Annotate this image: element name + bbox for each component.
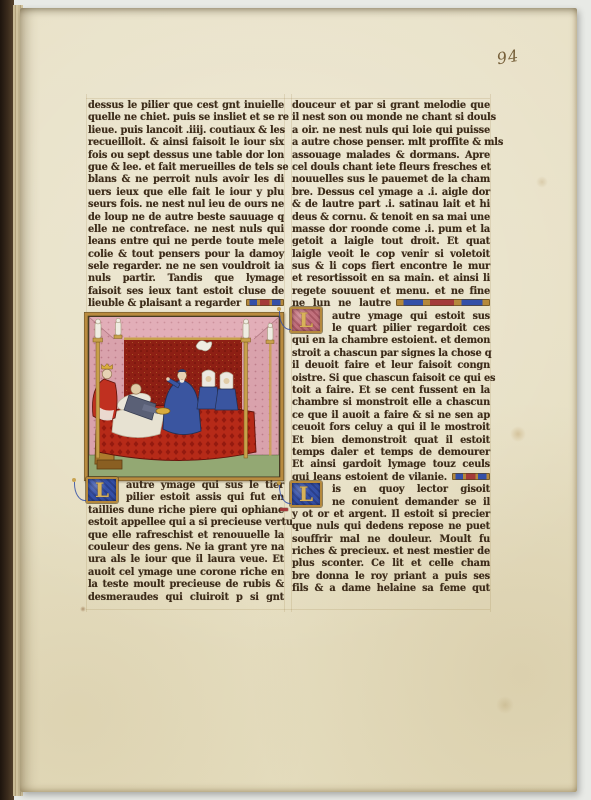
text-line: nuls partir. Tandis que lymage [88, 273, 284, 285]
text-line: estoit appellee qui a si precieuse vertu [88, 517, 284, 529]
ruling-line [86, 609, 490, 610]
manuscript-page: 94 dessus le pilier que cest gnt inuiell… [20, 8, 577, 792]
text-line: stroit a chascun par signes la chose q [292, 348, 490, 360]
ruling-line [86, 98, 490, 99]
text-line: oistre. Si que chascun faisoit ce qui es [292, 373, 490, 385]
text-line: il nest son ou monde ne chant si douls [292, 112, 490, 124]
line-filler-ornament [396, 299, 490, 306]
decorated-initial-left: L [86, 477, 118, 503]
text-line: Et bien demonstroit quat il estoit [292, 435, 490, 447]
parchment-stain [80, 606, 86, 612]
text-line: laigle veoit le cop venir si voletoit [292, 249, 490, 261]
text-line: couleur des gens. Ne ia grant yre na [88, 542, 284, 554]
text-line: gue & lee. et fait merueilles de tels se [88, 162, 284, 174]
folio-number: 94 [495, 43, 539, 74]
line-filler-ornament [452, 473, 490, 480]
text-line: seurs fois. ne nest nul ieu de ours ne [88, 199, 284, 211]
text-line: y ot or et argent. Il estoit si precier [292, 509, 490, 521]
text-line: chambre si monstroit elle a chascun [292, 397, 490, 409]
text-line: leans entre qui ne perde toute mele [88, 236, 284, 248]
text-line: que nuls qui dedens repose ne puet [292, 521, 490, 533]
text-line: ceuoit fors celuy a qui il le mostroit [292, 422, 490, 434]
text-line: getoit a laigle tout droit. Et quat [292, 236, 490, 248]
text-line: fils & a dame helaine sa feme qut [292, 583, 490, 595]
miniature-painting [84, 312, 284, 481]
text-line: sele regarder. ne ne sen vouldroit ia [88, 261, 284, 273]
text-line: Et ainsi gardoit lymage touz ceuls [292, 459, 490, 471]
text-column-right: L L douceur et par si grant melodie quei… [292, 100, 490, 596]
text-line: assouage malades & dormans. Apre [292, 150, 490, 162]
text-line: uers ieux que elle fait le iour y plu [88, 187, 284, 199]
text-line: douceur et par si grant melodie que [292, 100, 490, 112]
text-line: cel douls chant iete fleurs fresches et [292, 162, 490, 174]
right-lines: douceur et par si grant melodie queil ne… [292, 100, 490, 596]
text-line: colie & tout pensers pour la damoy [88, 249, 284, 261]
text-line: de loup ne de autre beste sauuage q [88, 212, 284, 224]
text-line: a autre chose penser. mlt proffite & mls [292, 137, 490, 149]
text-line: la teste moult precieuse de rubis & [88, 579, 284, 591]
text-line: taillies dune riche piere qui ophiane [88, 505, 284, 517]
text-line: nouuelles sus le pauemet de la cham [292, 174, 490, 186]
text-line: ce que il auoit a faire & si ne sen ap [292, 410, 490, 422]
text-line: blans & ne perroit nuls avoir les di [88, 174, 284, 186]
text-line: & de lautre part .i. satinau lait et hi [292, 199, 490, 211]
text-line: regete souuent et menu. et ne fine [292, 286, 490, 298]
text-line: ura als le iour que il laura veue. Et [88, 554, 284, 566]
text-line: fois ou sept dessus une table dor lon [88, 150, 284, 162]
parchment-stain [496, 696, 514, 714]
text-line: toit a faire. Et se cent fussent en la [292, 385, 490, 397]
manuscript-photo: 94 dessus le pilier que cest gnt inuiell… [0, 0, 591, 800]
text-line: qui en la chambre estoient. et demon [292, 335, 490, 347]
text-line: sus & li cops fiert encontre le mur [292, 261, 490, 273]
text-line: a oir. ne nest nuls qui loie qui puisse [292, 125, 490, 137]
text-line: auoit cel ymage une corone riche en [88, 567, 284, 579]
book-binding [0, 0, 14, 800]
margin-red-mark [280, 508, 288, 511]
text-line: il deuoit faire et leur faisoit congn [292, 360, 490, 372]
text-line: recueilloit. & ainsi faisoit le iour six [88, 137, 284, 149]
decorated-initial-right-2: L [290, 481, 322, 507]
text-line: lieuble & plaisant a regarder [88, 298, 284, 310]
parchment-stain [510, 426, 526, 442]
text-line: elle ne contreface. ne nest nuls qui [88, 224, 284, 236]
text-line: bre donna le roy priant a puis ses [292, 571, 490, 583]
text-line: bre. Dessus cel ymage a .i. aigle dor [292, 187, 490, 199]
text-line: temps daler et temps de demourer [292, 447, 490, 459]
text-line: desmeraudes qui cluiroit p si gnt [88, 592, 284, 604]
text-line: deus & cornu. & tenoit en sa mai une [292, 212, 490, 224]
decorated-initial-right-1: L [290, 307, 322, 333]
text-line: faisoit ses ieux tant estoit cluse de [88, 286, 284, 298]
text-line: que elle rafreschist et renouuelle la [88, 530, 284, 542]
line-filler-ornament [246, 299, 284, 306]
text-line: plus sconter. Ce lit et celle cham [292, 558, 490, 570]
initial-flourish [74, 482, 86, 501]
text-line: dessus le pilier que cest gnt inuielle [88, 100, 284, 112]
text-line: et resortissoit en sa main. et ainsi li [292, 273, 490, 285]
parchment-stain [536, 176, 548, 188]
text-line: quelle ne chiet. puis se insliet et se r… [88, 112, 284, 124]
text-line: riches & precieux. et nest mestier de [292, 546, 490, 558]
text-column-left-upper: dessus le pilier que cest gnt inuiellequ… [88, 100, 284, 311]
text-line: souffrir mal ne douleur. Moult fu [292, 534, 490, 546]
text-line: masse dor roonde come .i. pum et la [292, 224, 490, 236]
miniature-illustration [84, 312, 284, 481]
text-column-left-lower: L autre ymage qui sus le tierpilier esto… [88, 480, 284, 604]
text-line: lieue. puis lancoit .iiij. coutiaux & le… [88, 125, 284, 137]
